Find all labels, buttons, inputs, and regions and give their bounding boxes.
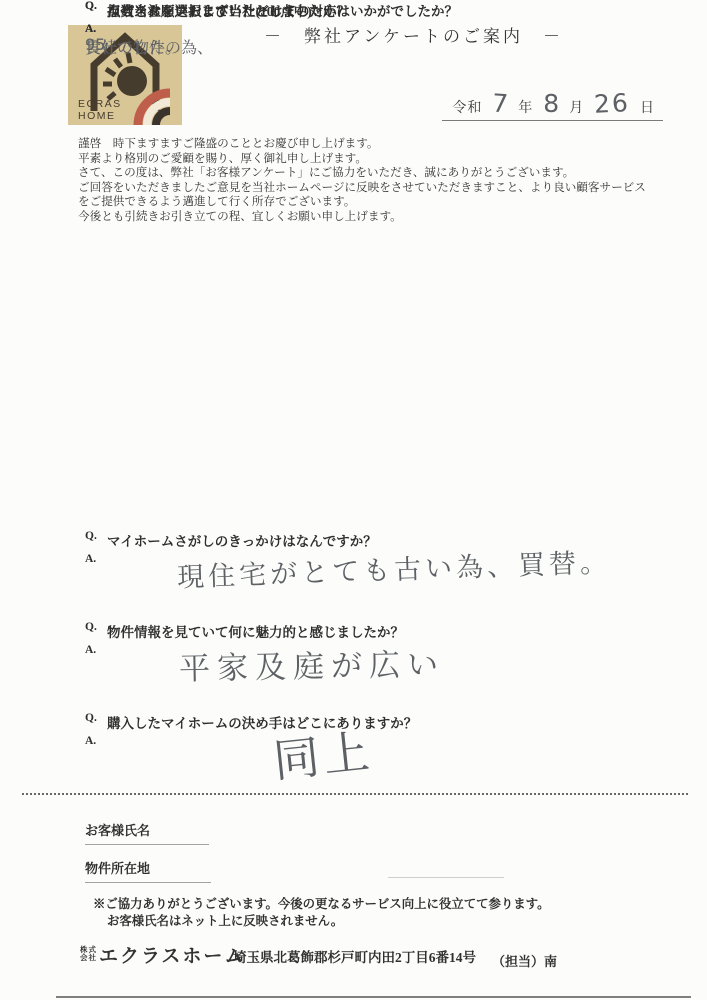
question-block-1: Q. マイホームさがしのきっかけはなんですか？ A. 現住宅がとても古い為、買替… — [85, 530, 670, 565]
date-day-label: 日 — [640, 97, 655, 117]
question-block-2: Q. 物件情報を見ていて何に魅力的と感じましたか？ A. 平家及庭が広い — [85, 621, 670, 656]
answer-mark-label: A. — [85, 735, 670, 747]
greeting-line: 今後とも引続きお引き立ての程、宜しくお願い申し上げます。 — [78, 210, 684, 225]
date-day-handwritten: 26 — [594, 93, 631, 115]
logo-text-line1: ECRAS — [78, 98, 122, 110]
question-mark-label: Q. — [85, 621, 107, 641]
survey-document-page: ECRAS HOME － 弊社アンケートのご案内 － 令和 7 年 8 月 26… — [0, 0, 707, 1000]
answer-mark-label: A. — [85, 553, 670, 565]
date-year-handwritten: 7 — [492, 93, 509, 114]
question-block-6: Q. 点数をお願いします！！(100点中) A. 95 — [85, 0, 670, 35]
greeting-line: ご回答をいただきましたご意見を当社ホームページに反映をさせていただきますこと、よ… — [78, 181, 684, 196]
date-month-handwritten: 8 — [543, 94, 559, 114]
date-year-label: 年 — [518, 97, 533, 117]
question-text: 点数をお願いします！！(100点中) — [107, 0, 312, 20]
company-prefix-bottom: 会社 — [80, 954, 97, 962]
dotted-separator — [22, 793, 688, 795]
property-location-field: 物件所在地 — [85, 858, 211, 883]
question-text: 物件情報を見ていて何に魅力的と感じましたか？ — [107, 621, 404, 641]
question-block-3: Q. 購入したマイホームの決め手はどこにありますか？ A. 同上 — [85, 712, 670, 747]
company-prefix: 株式 会社 — [80, 946, 97, 962]
answer-mark-label: A. — [85, 23, 670, 35]
greeting-line: 平素より格別のご愛顧を賜り、厚く御礼申し上げます。 — [78, 152, 684, 167]
question-mark-label: Q. — [85, 530, 107, 550]
scan-edge-line — [56, 996, 691, 998]
question-text: 購入したマイホームの決め手はどこにありますか？ — [107, 712, 417, 732]
note-line: ※ご協力ありがとうございます。今後の更なるサービス向上に役立てて参ります。 — [93, 896, 549, 913]
footer-notes: ※ご協力ありがとうございます。今後の更なるサービス向上に役立てて参ります。 お客… — [93, 896, 549, 930]
question-mark-label: Q. — [85, 0, 107, 20]
date-line: 令和 7 年 8 月 26 日 — [442, 94, 663, 121]
answer-mark-label: A. — [85, 644, 670, 656]
greeting-line: をご提供できるよう邁進して行く所存でございます。 — [78, 195, 684, 210]
logo-text-line2: HOME — [78, 110, 116, 122]
note-line: お客様氏名はネット上に反映されません。 — [93, 913, 549, 930]
date-era-label: 令和 — [452, 97, 482, 117]
greeting-paragraph: 謹啓 時下ますますご隆盛のこととお慶び申し上げます。 平素より格別のご愛顧を賜り… — [78, 137, 684, 225]
sun-icon — [117, 66, 147, 96]
staff-in-charge: （担当）南 — [492, 951, 557, 970]
greeting-line: 謹啓 時下ますますご隆盛のこととお慶び申し上げます。 — [78, 137, 684, 152]
customer-name-field: お客様氏名 — [85, 820, 209, 845]
company-address: 埼玉県北葛飾郡杉戸町内田2丁目6番14号 — [233, 946, 476, 966]
question-mark-label: Q. — [85, 712, 107, 732]
question-text: マイホームさがしのきっかけはなんですか？ — [107, 530, 377, 550]
greeting-line: さて、この度は、弊社「お客様アンケート」にご協力をいただき、誠にありがとうござい… — [78, 166, 684, 181]
company-name: エクラスホーム — [99, 941, 245, 968]
date-month-label: 月 — [569, 97, 584, 117]
scan-artifact-line — [388, 877, 504, 878]
